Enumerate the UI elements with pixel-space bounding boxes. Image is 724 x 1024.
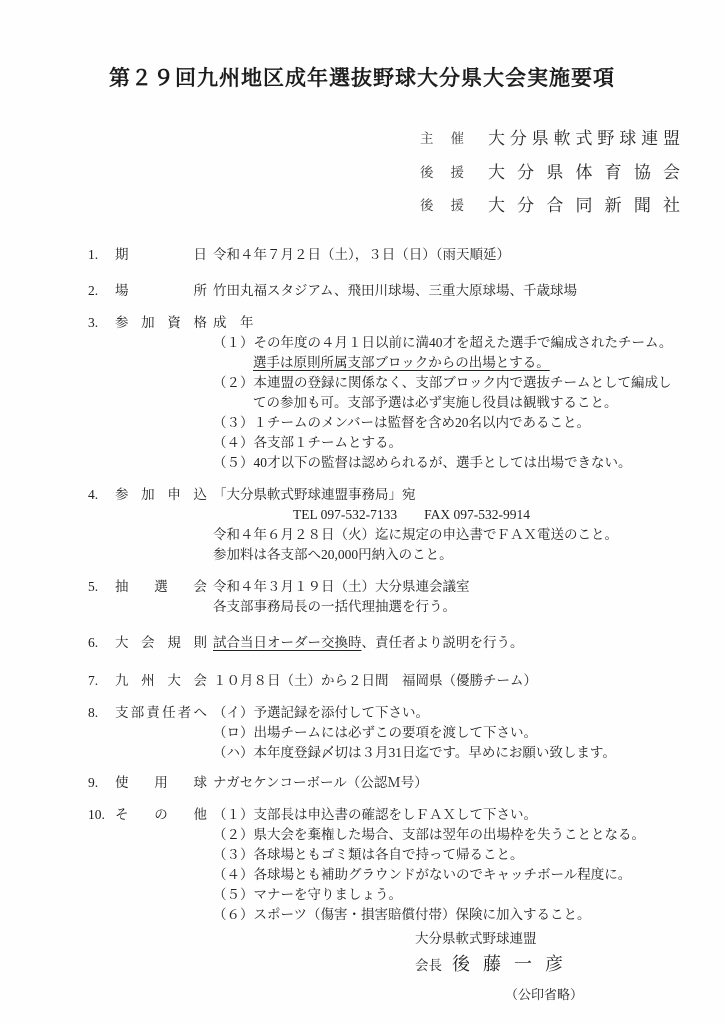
section-content: 令和４年７月２日（土），３日（日）（雨天順延）: [213, 245, 675, 265]
item-text: 本年度登録〆切は３月31日迄です。早めにお願い致します。: [254, 745, 616, 760]
section-content: ナガセケンコーボール（公認Ｍ号）: [213, 773, 675, 793]
item-text: 各球場ともゴミ類は各自で持って帰ること。: [254, 847, 524, 862]
contact-line: TEL 097-532-7133 FAX 097-532-9914: [213, 505, 675, 525]
item-marker: （５）: [213, 887, 254, 902]
item-marker: （６）: [213, 907, 254, 922]
item-text-underlined: 選手は原則所属支部ブロックからの出場とする。: [253, 355, 550, 370]
item-marker: （２）: [213, 827, 254, 842]
section-label: 参加資格: [115, 313, 207, 333]
footer-president-name: 後藤一彦: [452, 954, 576, 974]
list-item: （ロ）出場チームには必ずこの要項を渡して下さい。: [213, 723, 675, 743]
section-label: 使用球: [115, 773, 207, 793]
item-marker: （１）: [213, 335, 254, 350]
page-title: 第２９回九州地区成年選抜野球大分県大会実施要項: [0, 62, 724, 92]
section-ball: 9. 使用球 ナガセケンコーボール（公認Ｍ号）: [88, 773, 724, 793]
sponsor-label: 主催: [420, 129, 464, 148]
section-label: その他: [115, 805, 207, 825]
section-content: 令和４年６月２８日（火）迄に規定の申込書でＦＡＸ電送のこと。: [213, 525, 675, 545]
list-item: （４）各支部１チームとする。: [213, 433, 675, 453]
sponsor-value: 大分県体育協会: [488, 163, 680, 182]
section-label: 期日: [115, 245, 207, 265]
list-item: 選手は原則所属支部ブロックからの出場とする。: [213, 353, 675, 373]
section-content: 令和４年３月１９日（土）大分県連会議室: [213, 577, 675, 597]
document-page: 第２９回九州地区成年選抜野球大分県大会実施要項 主催 大分県軟式野球連盟 後援 …: [0, 0, 724, 1024]
item-marker: （３）: [213, 415, 254, 430]
list-item: （１）その年度の４月１日以前に満40才を超えた選手で編成されたチーム。: [213, 333, 675, 353]
signature-block: 大分県軟式野球連盟 会長後藤一彦 （公印省略）: [415, 929, 724, 1005]
footer-seal-note: （公印省略）: [505, 985, 724, 1005]
item-text: １チームのメンバーは監督を含め20名以内であること。: [254, 415, 591, 430]
item-marker: （４）: [213, 867, 254, 882]
section-content: 試合当日オーダー交換時、責任者より説明を行う。: [213, 633, 675, 653]
section-label: 参加申込: [115, 485, 207, 505]
list-item: （４）各球場とも補助グラウンドがないのでキャッチボール程度に。: [213, 865, 675, 885]
section-venue: 2. 場所 竹田丸福スタジアム、飛田川球場、三重大原球場、千歳球場: [88, 281, 724, 301]
section-application: 4. 参加申込 「大分県軟式野球連盟事務局」宛 TEL 097-532-7133…: [88, 485, 724, 565]
section-kyushu-tournament: 7. 九州大会 １０月８日（土）から２日間 福岡県（優勝チーム）: [88, 671, 724, 691]
item-marker: （３）: [213, 847, 254, 862]
section-number: 9.: [88, 773, 115, 793]
item-text: その年度の４月１日以前に満40才を超えた選手で編成されたチーム。: [254, 335, 673, 350]
section-content: 「大分県軟式野球連盟事務局」宛: [213, 485, 675, 505]
list-item: （２）県大会を棄権した場合、支部は翌年の出場枠を失うこととなる。: [213, 825, 675, 845]
section-number: 4.: [88, 485, 115, 505]
section-misc: 10. その他 （１）支部長は申込書の確認をしＦＡＸして下さい。 （２）県大会を…: [88, 805, 724, 925]
section-branch-managers: 8. 支部責任者へ （イ）予選記録を添付して下さい。 （ロ）出場チームには必ずこ…: [88, 703, 724, 763]
section-number: 1.: [88, 245, 115, 265]
section-eligibility: 3. 参加資格 成 年 （１）その年度の４月１日以前に満40才を超えた選手で編成…: [88, 313, 724, 473]
section-content: 竹田丸福スタジアム、飛田川球場、三重大原球場、千歳球場: [213, 281, 675, 301]
section-label: 抽選会: [115, 577, 207, 597]
sponsor-value: 大分県軟式野球連盟: [488, 129, 680, 148]
item-text: 各支部１チームとする。: [254, 435, 403, 450]
list-item: （３）１チームのメンバーは監督を含め20名以内であること。: [213, 413, 675, 433]
list-item: （３）各球場ともゴミ類は各自で持って帰ること。: [213, 845, 675, 865]
sponsor-label: 後援: [420, 163, 464, 182]
section-content: 成 年: [213, 313, 675, 333]
item-marker: （イ）: [213, 705, 254, 720]
sponsor-block: 主催 大分県軟式野球連盟 後援 大分県体育協会 後援 大分合同新聞社: [420, 128, 724, 215]
item-text: 出場チームには必ずこの要項を渡して下さい。: [254, 725, 538, 740]
sponsor-row: 主催 大分県軟式野球連盟: [420, 128, 724, 148]
sponsor-row: 後援 大分県体育協会: [420, 162, 724, 182]
section-date: 1. 期日 令和４年７月２日（土），３日（日）（雨天順延）: [88, 245, 724, 265]
sections-list: 1. 期日 令和４年７月２日（土），３日（日）（雨天順延） 2. 場所 竹田丸福…: [88, 245, 724, 925]
section-label: 大会規則: [115, 633, 207, 653]
item-text: 予選記録を添付して下さい。: [254, 705, 430, 720]
item-marker: （１）: [213, 807, 254, 822]
footer-organization: 大分県軟式野球連盟: [415, 929, 724, 949]
item-text: 支部長は申込書の確認をしＦＡＸして下さい。: [254, 807, 538, 822]
item-text: 40才以下の監督は認められるが、選手としては出場できない。: [254, 455, 632, 470]
list-item: （１）支部長は申込書の確認をしＦＡＸして下さい。: [213, 805, 675, 825]
list-item: （５）マナーを守りましょう。: [213, 885, 675, 905]
section-lottery: 5. 抽選会 令和４年３月１９日（土）大分県連会議室 各支部事務局長の一括代理抽…: [88, 577, 724, 617]
section-number: 7.: [88, 671, 115, 691]
item-text: 各球場とも補助グラウンドがないのでキャッチボール程度に。: [254, 867, 632, 882]
list-item: （６）スポーツ（傷害・損害賠償付帯）保険に加入すること。: [213, 905, 675, 925]
section-number: 6.: [88, 633, 115, 653]
section-number: 8.: [88, 703, 115, 723]
section-label: 場所: [115, 281, 207, 301]
list-item: （２）本連盟の登録に関係なく、支部ブロック内で選抜チームとして編成しての参加も可…: [213, 373, 675, 413]
footer-president-line: 会長後藤一彦: [415, 954, 724, 976]
item-text: マナーを守りましょう。: [254, 887, 403, 902]
item-marker: （４）: [213, 435, 254, 450]
item-text: 本連盟の登録に関係なく、支部ブロック内で選抜チームとして編成しての参加も可。支部…: [253, 375, 671, 410]
section-content: 各支部事務局長の一括代理抽選を行う。: [213, 597, 675, 617]
footer-president-role: 会長: [415, 958, 442, 973]
sponsor-label: 後援: [420, 196, 464, 215]
section-number: 3.: [88, 313, 115, 333]
section-content: １０月８日（土）から２日間 福岡県（優勝チーム）: [213, 671, 675, 691]
section-label: 支部責任者へ: [115, 703, 207, 723]
section-content: 参加料は各支部へ20,000円納入のこと。: [213, 545, 675, 565]
section-number: 5.: [88, 577, 115, 597]
item-marker: （２）: [213, 375, 254, 390]
section-label: 九州大会: [115, 671, 207, 691]
rules-underlined-text: 試合当日オーダー交換時: [213, 635, 362, 650]
rules-rest-text: 、責任者より説明を行う。: [362, 635, 524, 650]
section-rules: 6. 大会規則 試合当日オーダー交換時、責任者より説明を行う。: [88, 633, 724, 653]
item-marker: （５）: [213, 455, 254, 470]
list-item: （ハ）本年度登録〆切は３月31日迄です。早めにお願い致します。: [213, 743, 675, 763]
sponsor-value: 大分合同新聞社: [488, 196, 680, 215]
sponsor-row: 後援 大分合同新聞社: [420, 196, 724, 216]
list-item: （イ）予選記録を添付して下さい。: [213, 703, 675, 723]
item-marker: （ロ）: [213, 725, 254, 740]
section-number: 10.: [88, 805, 115, 825]
list-item: （５）40才以下の監督は認められるが、選手としては出場できない。: [213, 453, 675, 473]
item-marker: （ハ）: [213, 745, 254, 760]
section-number: 2.: [88, 281, 115, 301]
item-text: スポーツ（傷害・損害賠償付帯）保険に加入すること。: [254, 907, 591, 922]
item-text: 県大会を棄権した場合、支部は翌年の出場枠を失うこととなる。: [254, 827, 646, 842]
